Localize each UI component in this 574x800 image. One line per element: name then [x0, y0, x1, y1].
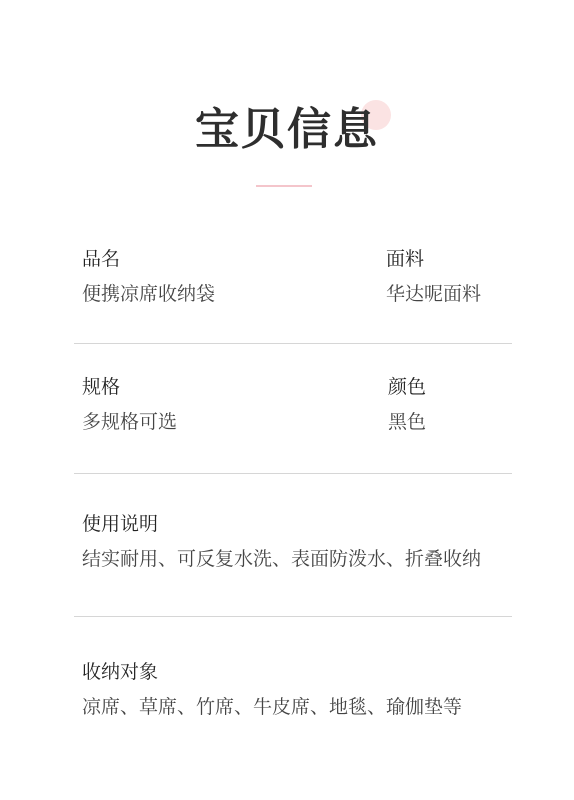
- field-label: 收纳对象: [82, 660, 462, 684]
- divider: [74, 343, 512, 344]
- field-spec: 规格 多规格可选: [82, 375, 177, 434]
- title-underline: [256, 185, 312, 187]
- field-value: 凉席、草席、竹席、牛皮席、地毯、瑜伽垫等: [82, 695, 462, 719]
- field-value: 华达呢面料: [386, 282, 481, 306]
- field-label: 规格: [82, 375, 177, 399]
- divider: [74, 473, 512, 474]
- page-title: 宝贝信息: [0, 104, 574, 156]
- divider: [74, 616, 512, 617]
- field-label: 使用说明: [82, 512, 481, 536]
- field-value: 黑色: [388, 410, 426, 434]
- field-value: 便携凉席收纳袋: [82, 282, 215, 306]
- field-label: 面料: [386, 247, 481, 271]
- field-label: 品名: [82, 247, 215, 271]
- field-value: 结实耐用、可反复水洗、表面防泼水、折叠收纳: [82, 547, 481, 571]
- field-product-name: 品名 便携凉席收纳袋: [82, 247, 215, 306]
- field-storage-target: 收纳对象 凉席、草席、竹席、牛皮席、地毯、瑜伽垫等: [82, 660, 462, 719]
- field-usage: 使用说明 结实耐用、可反复水洗、表面防泼水、折叠收纳: [82, 512, 481, 571]
- field-label: 颜色: [388, 375, 426, 399]
- field-value: 多规格可选: [82, 410, 177, 434]
- field-color: 颜色 黑色: [388, 375, 426, 434]
- field-fabric: 面料 华达呢面料: [386, 247, 481, 306]
